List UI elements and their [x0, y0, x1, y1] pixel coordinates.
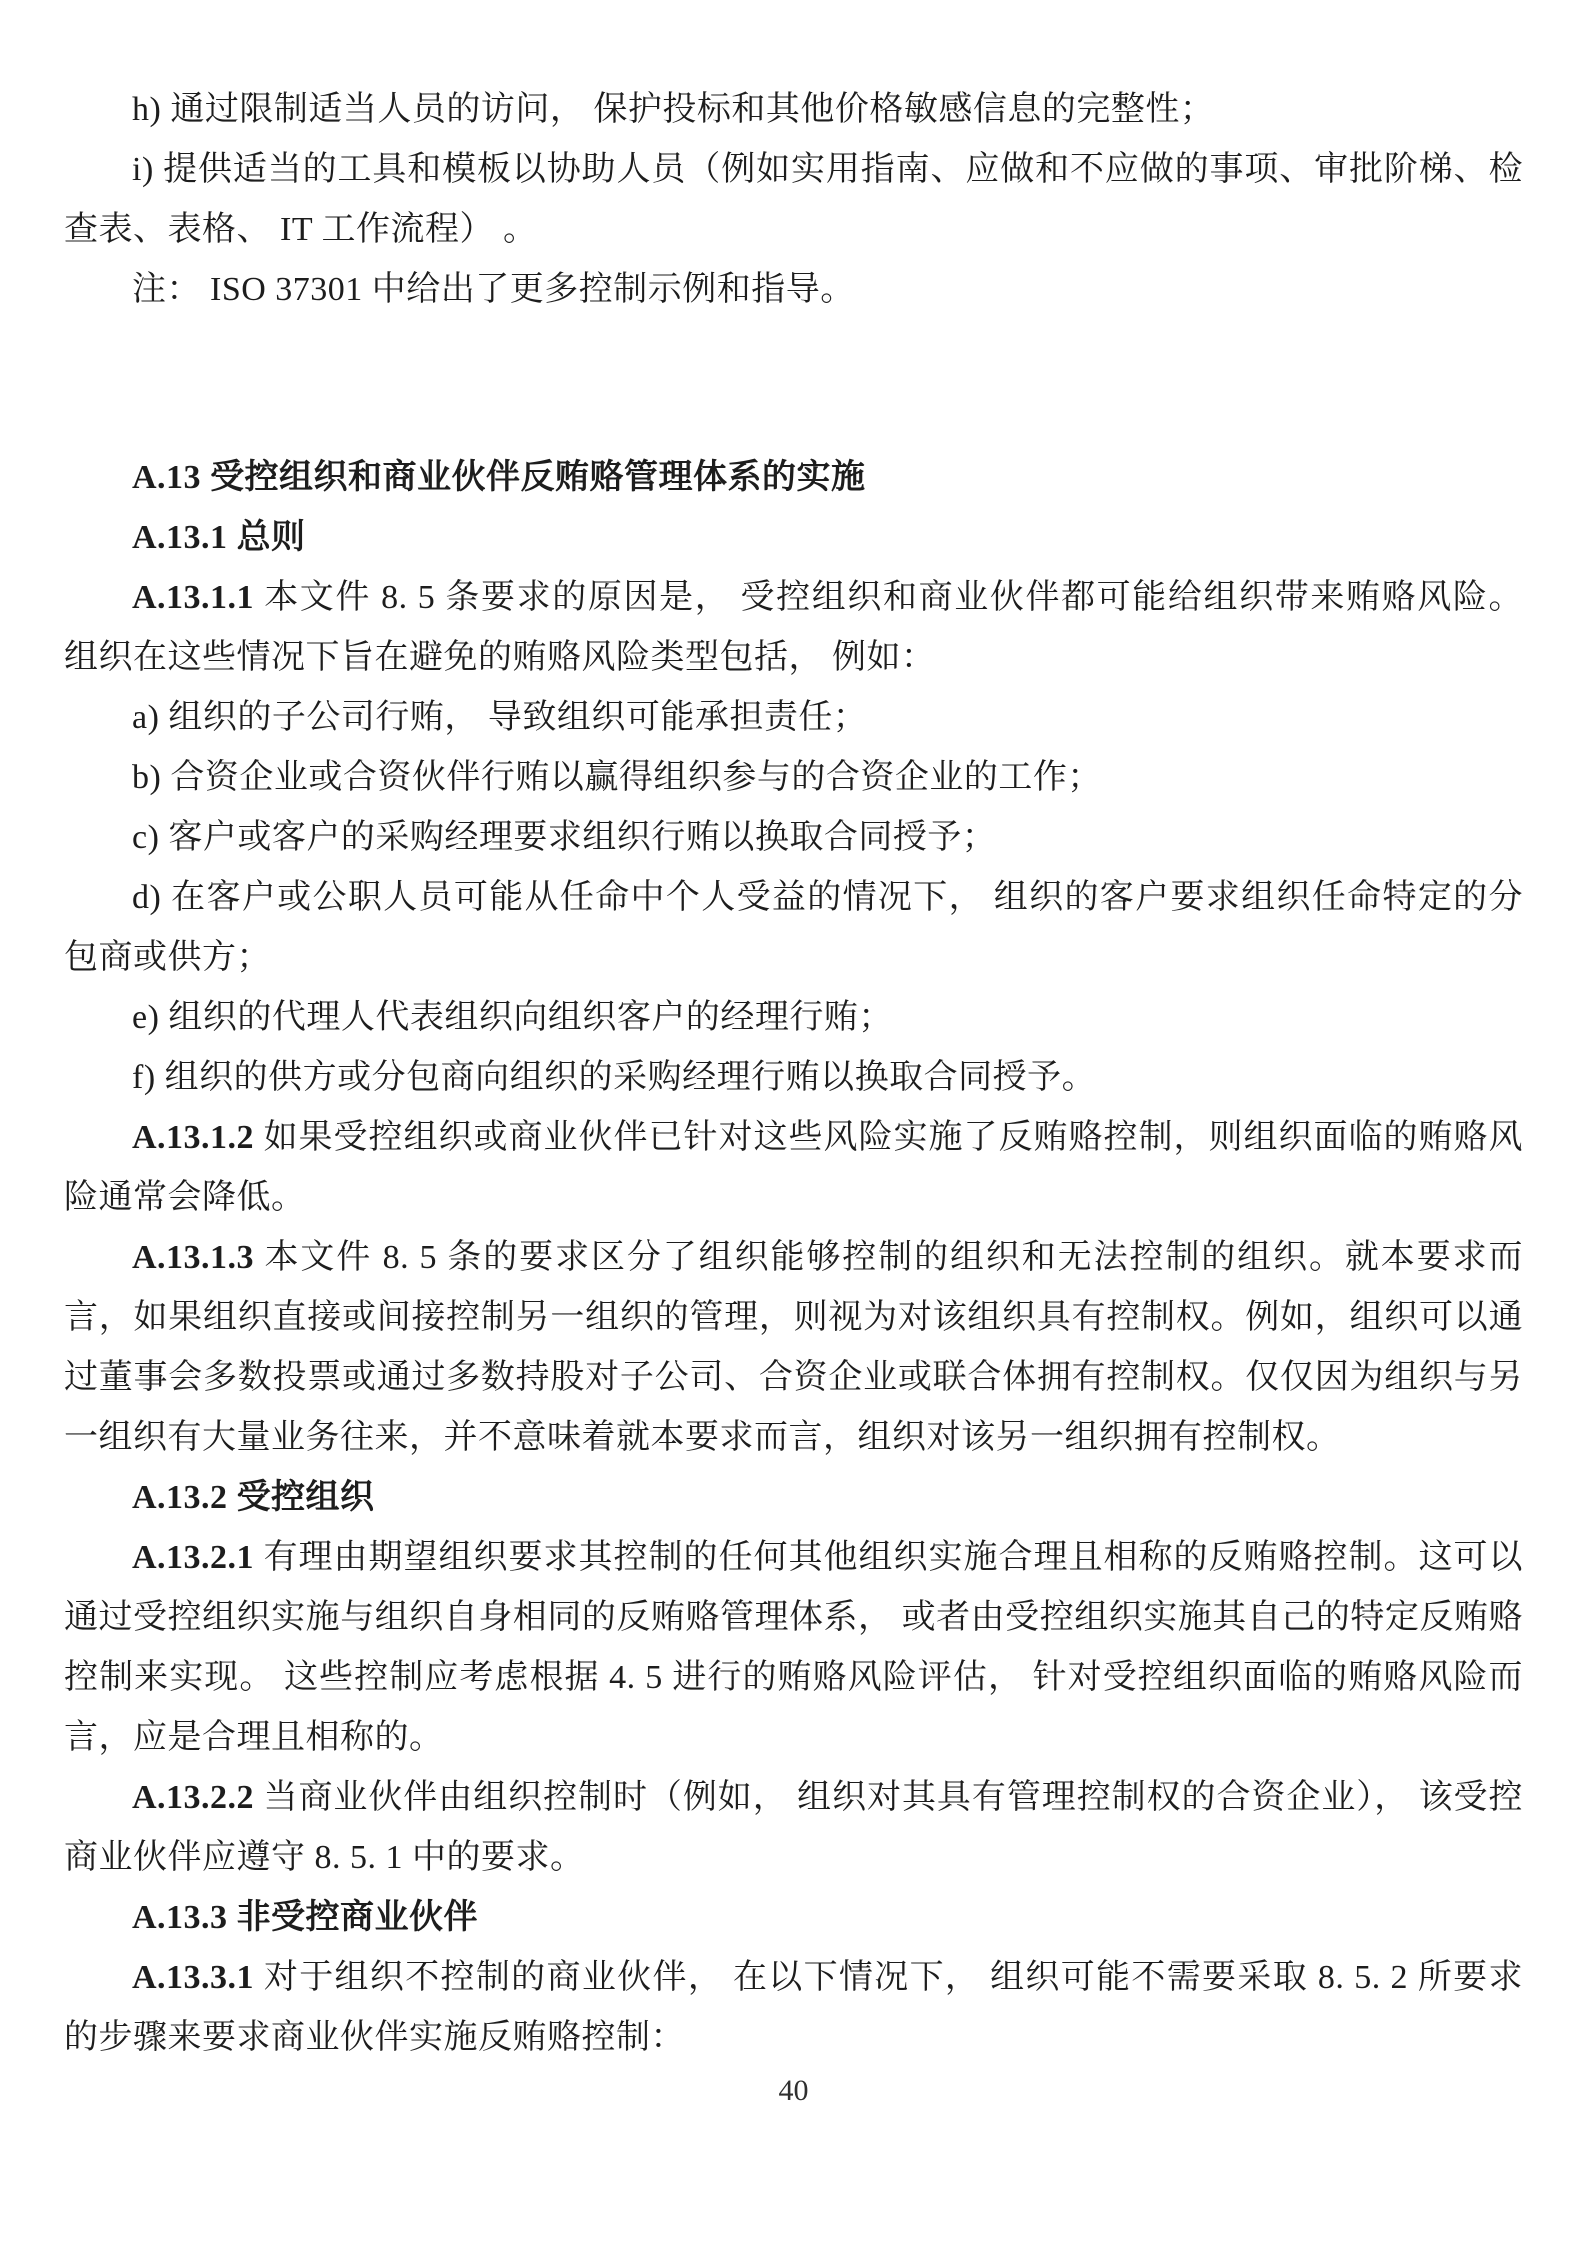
paragraph-text: 如果受控组织或商业伙伴已针对这些风险实施了反贿赂控制，则组织面临的贿赂风险通常会…: [64, 1119, 1523, 1216]
clause-number: A.13.2.2: [132, 1779, 254, 1816]
paragraph-text: f) 组织的供方或分包商向组织的采购经理行贿以换取合同授予。: [132, 1059, 1096, 1096]
clause-number: A.13.2: [132, 1479, 228, 1516]
paragraph-text: e) 组织的代理人代表组织向组织客户的经理行贿；: [132, 999, 893, 1036]
clause-number: A.13.3.1: [132, 1959, 254, 1996]
paragraph-text: a) 组织的子公司行贿， 导致组织可能承担责任；: [132, 699, 867, 736]
page-footer: 40: [0, 2072, 1587, 2110]
paragraph-text: 受控组织: [237, 1479, 375, 1516]
paragraph: i) 提供适当的工具和模板以协助人员（例如实用指南、应做和不应做的事项、审批阶梯…: [64, 140, 1523, 260]
paragraph-text: 对于组织不控制的商业伙伴， 在以下情况下， 组织可能不需要采取 8. 5. 2 …: [64, 1959, 1523, 2056]
paragraph: A.13.2.2 当商业伙伴由组织控制时（例如， 组织对其具有管理控制权的合资企…: [64, 1768, 1523, 1888]
paragraph: A.13.3.1 对于组织不控制的商业伙伴， 在以下情况下， 组织可能不需要采取…: [64, 1948, 1523, 2068]
paragraph: h) 通过限制适当人员的访问， 保护投标和其他价格敏感信息的完整性；: [64, 80, 1523, 140]
paragraph: 注： ISO 37301 中给出了更多控制示例和指导。: [64, 260, 1523, 320]
paragraph-text: 总则: [237, 519, 306, 556]
paragraph-text: 非受控商业伙伴: [237, 1899, 479, 1936]
paragraph: A.13.1.1 本文件 8. 5 条要求的原因是， 受控组织和商业伙伴都可能给…: [64, 568, 1523, 688]
paragraph-text: 本文件 8. 5 条的要求区分了组织能够控制的组织和无法控制的组织。就本要求而言…: [64, 1239, 1523, 1456]
paragraph-text: d) 在客户或公职人员可能从任命中个人受益的情况下， 组织的客户要求组织任命特定…: [64, 879, 1523, 976]
clause-number: A.13.1.3: [132, 1239, 254, 1276]
clause-number: A.13.1.1: [132, 579, 254, 616]
paragraph: b) 合资企业或合资伙伴行贿以赢得组织参与的合资企业的工作；: [64, 748, 1523, 808]
paragraph-text: b) 合资企业或合资伙伴行贿以赢得组织参与的合资企业的工作；: [132, 759, 1102, 796]
document-page: h) 通过限制适当人员的访问， 保护投标和其他价格敏感信息的完整性；i) 提供适…: [0, 0, 1587, 2245]
paragraph-text: 当商业伙伴由组织控制时（例如， 组织对其具有管理控制权的合资企业）， 该受控商业…: [64, 1779, 1523, 1876]
paragraph-text: 本文件 8. 5 条要求的原因是， 受控组织和商业伙伴都可能给组织带来贿赂风险。…: [64, 579, 1523, 676]
paragraph: f) 组织的供方或分包商向组织的采购经理行贿以换取合同授予。: [64, 1048, 1523, 1108]
page-number: 40: [779, 2074, 809, 2107]
paragraph: A.13.1.3 本文件 8. 5 条的要求区分了组织能够控制的组织和无法控制的…: [64, 1228, 1523, 1468]
page-content: h) 通过限制适当人员的访问， 保护投标和其他价格敏感信息的完整性；i) 提供适…: [64, 80, 1523, 2068]
paragraph: A.13.2.1 有理由期望组织要求其控制的任何其他组织实施合理且相称的反贿赂控…: [64, 1528, 1523, 1768]
section-heading: A.13 受控组织和商业伙伴反贿赂管理体系的实施: [64, 448, 1523, 508]
paragraph-text: 有理由期望组织要求其控制的任何其他组织实施合理且相称的反贿赂控制。这可以通过受控…: [64, 1539, 1523, 1756]
paragraph: c) 客户或客户的采购经理要求组织行贿以换取合同授予；: [64, 808, 1523, 868]
paragraph-text: 受控组织和商业伙伴反贿赂管理体系的实施: [210, 459, 866, 496]
section-heading: A.13.1 总则: [64, 508, 1523, 568]
paragraph-text: h) 通过限制适当人员的访问， 保护投标和其他价格敏感信息的完整性；: [132, 91, 1214, 128]
clause-number: A.13.2.1: [132, 1539, 254, 1576]
clause-number: A.13.1.2: [132, 1119, 254, 1156]
section-heading: A.13.2 受控组织: [64, 1468, 1523, 1528]
section-heading: A.13.3 非受控商业伙伴: [64, 1888, 1523, 1948]
paragraph: a) 组织的子公司行贿， 导致组织可能承担责任；: [64, 688, 1523, 748]
paragraph: e) 组织的代理人代表组织向组织客户的经理行贿；: [64, 988, 1523, 1048]
paragraph-text: c) 客户或客户的采购经理要求组织行贿以换取合同授予；: [132, 819, 996, 856]
clause-number: A.13: [132, 459, 201, 496]
clause-number: A.13.1: [132, 519, 228, 556]
paragraph-text: i) 提供适当的工具和模板以协助人员（例如实用指南、应做和不应做的事项、审批阶梯…: [64, 151, 1523, 248]
paragraph: A.13.1.2 如果受控组织或商业伙伴已针对这些风险实施了反贿赂控制，则组织面…: [64, 1108, 1523, 1228]
paragraph: d) 在客户或公职人员可能从任命中个人受益的情况下， 组织的客户要求组织任命特定…: [64, 868, 1523, 988]
paragraph-text: 注： ISO 37301 中给出了更多控制示例和指导。: [132, 271, 855, 308]
clause-number: A.13.3: [132, 1899, 228, 1936]
